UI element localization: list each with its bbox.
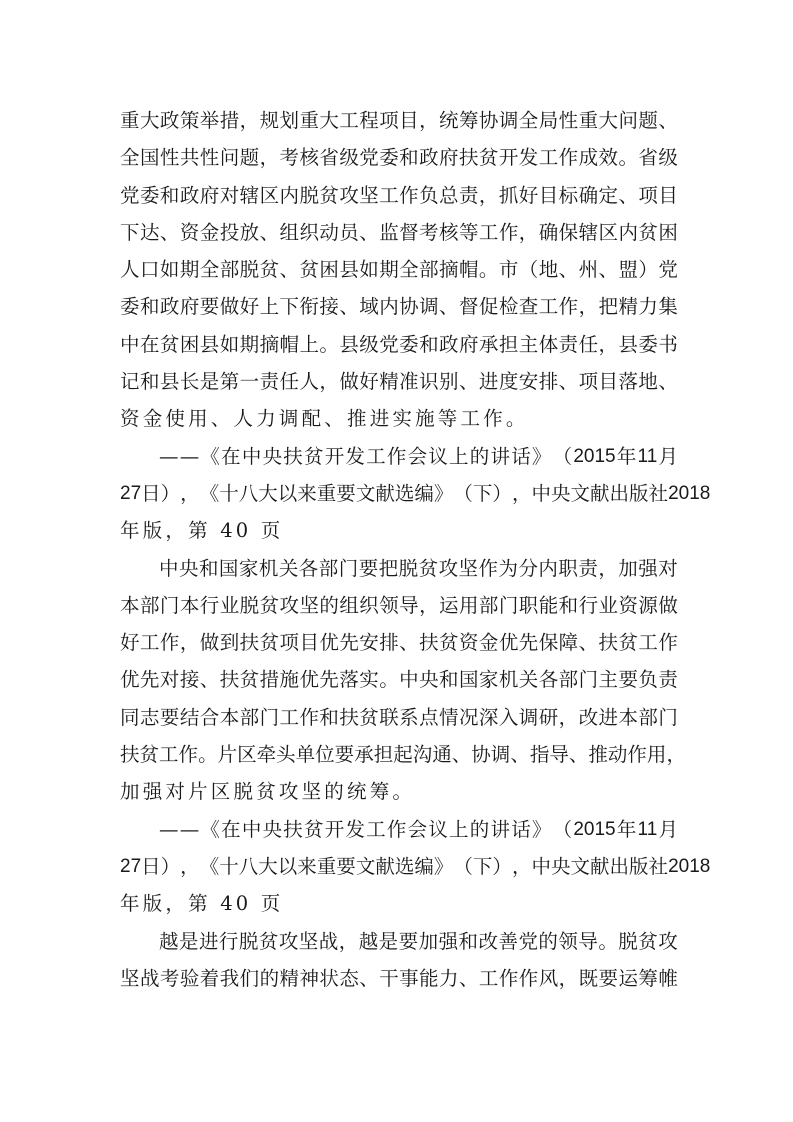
text-line: 同志要结合本部门工作和扶贫联系点情况深入调研，改进本部门: [120, 699, 678, 736]
text-line: 全国性共性问题，考核省级党委和政府扶贫开发工作成效。省级: [120, 139, 678, 176]
text-line: 中在贫困县如期摘帽上。县级党委和政府承担主体责任，县委书: [120, 326, 678, 363]
text-line: 扶贫工作。片区牵头单位要承担起沟通、协调、指导、推动作用，: [120, 736, 678, 773]
text-line: 委和政府要做好上下衔接、域内协调、督促检查工作，把精力集: [120, 288, 678, 325]
paragraph-body: 越是进行脱贫攻坚战，越是要加强和改善党的领导。脱贫攻 坚战考验着我们的精神状态、…: [120, 923, 678, 998]
text-line: 加强对片区脱贫攻坚的统筹。: [120, 773, 678, 810]
text-line: 人口如期全部脱贫、贫困县如期全部摘帽。市（地、州、盟）党: [120, 251, 678, 288]
text-line: 本部门本行业脱贫攻坚的组织领导，运用部门职能和行业资源做: [120, 587, 678, 624]
citation-line: 年版，第 40 页: [120, 885, 678, 922]
text-line: 中央和国家机关各部门要把脱贫攻坚作为分内职责，加强对: [120, 550, 678, 587]
text-line: 越是进行脱贫攻坚战，越是要加强和改善党的领导。脱贫攻: [120, 923, 678, 960]
citation-line: 年版，第 40 页: [120, 512, 678, 549]
text-line: 党委和政府对辖区内脱贫攻坚工作负总责，抓好目标确定、项目: [120, 177, 678, 214]
text-line: 资金使用、人力调配、推进实施等工作。: [120, 400, 678, 437]
text-line: 优先对接、扶贫措施优先落实。中央和国家机关各部门主要负责: [120, 661, 678, 698]
text-line: 重大政策举措，规划重大工程项目，统筹协调全局性重大问题、: [120, 102, 678, 139]
citation-line: 27日），《十八大以来重要文献选编》（下），中央文献出版社2018: [120, 475, 678, 512]
paragraph-body: 中央和国家机关各部门要把脱贫攻坚作为分内职责，加强对 本部门本行业脱贫攻坚的组织…: [120, 550, 678, 811]
paragraph-body: 重大政策举措，规划重大工程项目，统筹协调全局性重大问题、 全国性共性问题，考核省…: [120, 102, 678, 438]
citation-line: ——《在中央扶贫开发工作会议上的讲话》（2015年11月: [120, 438, 678, 475]
text-line: 好工作，做到扶贫项目优先安排、扶贫资金优先保障、扶贫工作: [120, 624, 678, 661]
text-line: 下达、资金投放、组织动员、监督考核等工作，确保辖区内贫困: [120, 214, 678, 251]
citation: ——《在中央扶贫开发工作会议上的讲话》（2015年11月 27日），《十八大以来…: [120, 811, 678, 923]
text-line: 记和县长是第一责任人，做好精准识别、进度安排、项目落地、: [120, 363, 678, 400]
document-page: 重大政策举措，规划重大工程项目，统筹协调全局性重大问题、 全国性共性问题，考核省…: [0, 0, 793, 1122]
citation-line: ——《在中央扶贫开发工作会议上的讲话》（2015年11月: [120, 811, 678, 848]
citation-line: 27日），《十八大以来重要文献选编》（下），中央文献出版社2018: [120, 848, 678, 885]
document-body: 重大政策举措，规划重大工程项目，统筹协调全局性重大问题、 全国性共性问题，考核省…: [120, 102, 678, 997]
citation: ——《在中央扶贫开发工作会议上的讲话》（2015年11月 27日），《十八大以来…: [120, 438, 678, 550]
text-line: 坚战考验着我们的精神状态、干事能力、工作作风，既要运筹帷: [120, 960, 678, 997]
